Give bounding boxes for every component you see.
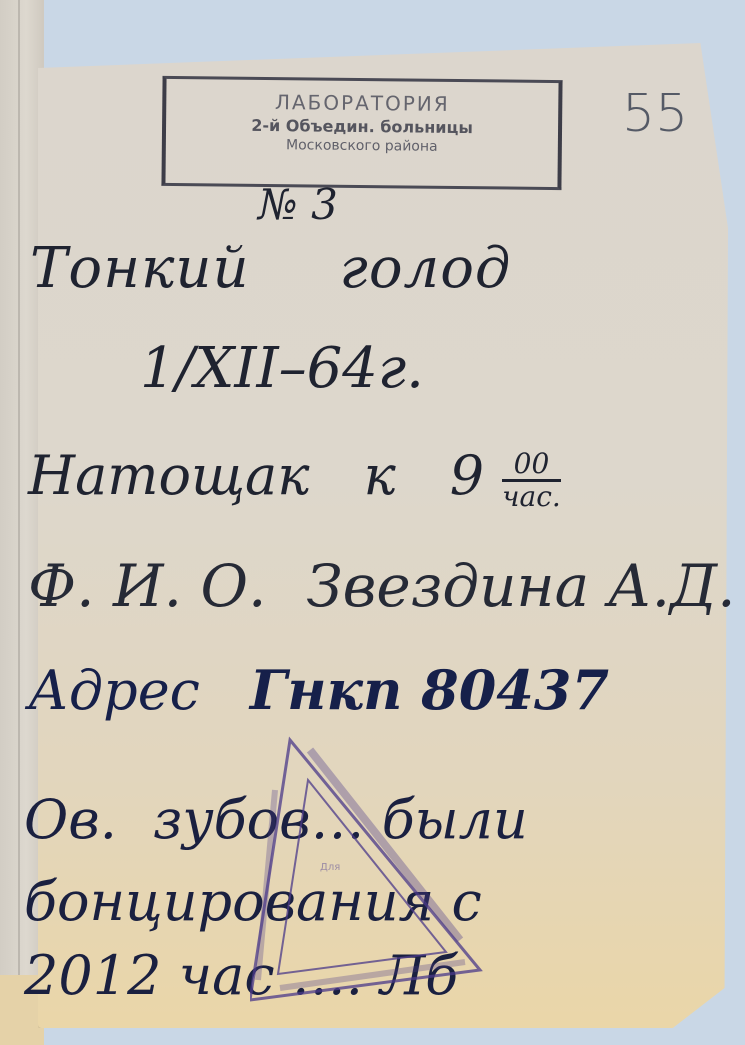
address-label: Адрес [28, 659, 200, 722]
page-fold [18, 0, 20, 1045]
time-fraction: 00час. [502, 449, 561, 512]
note-line-2: бонцирования с [24, 870, 482, 933]
note-line-1: Ов.зубов… были [24, 788, 528, 851]
title-word-1: Тонкий [30, 236, 250, 301]
time-unit: час. [502, 482, 561, 512]
stamp-line-3: Московского района [166, 136, 558, 156]
time-connector: к [364, 444, 396, 507]
laboratory-stamp: ЛАБОРАТОРИЯ 2-й Объедин. больницы Москов… [161, 76, 562, 190]
address-line: АдресГнкп 80437 [28, 658, 609, 722]
time-hour: 9 [450, 444, 484, 507]
time-prefix: Натощак [28, 444, 310, 507]
note-label: Ов. [24, 788, 117, 851]
document-date: 1/XII–64г. [140, 336, 424, 401]
document-title: Тонкийголод [30, 236, 511, 301]
name-value: Звездина А.Д. [306, 552, 735, 620]
title-word-2: голод [340, 236, 512, 301]
note-text-1: зубов… были [153, 788, 528, 851]
time-line: Натощакк900час. [28, 444, 561, 512]
name-label: Ф. И. О. [28, 552, 266, 620]
patient-name-line: Ф. И. О.Звездина А.Д. [28, 552, 736, 620]
page-number: 55 [622, 84, 688, 144]
address-value: Гнкп 80437 [250, 658, 609, 722]
stamp-line-2: 2-й Объедин. больницы [166, 115, 558, 138]
document-number: № 3 [258, 180, 338, 229]
stamp-line-1: ЛАБОРАТОРИЯ [166, 89, 558, 117]
note-line-3: 2012 час …. Лб [24, 944, 458, 1007]
time-minutes: 00 [502, 449, 561, 482]
